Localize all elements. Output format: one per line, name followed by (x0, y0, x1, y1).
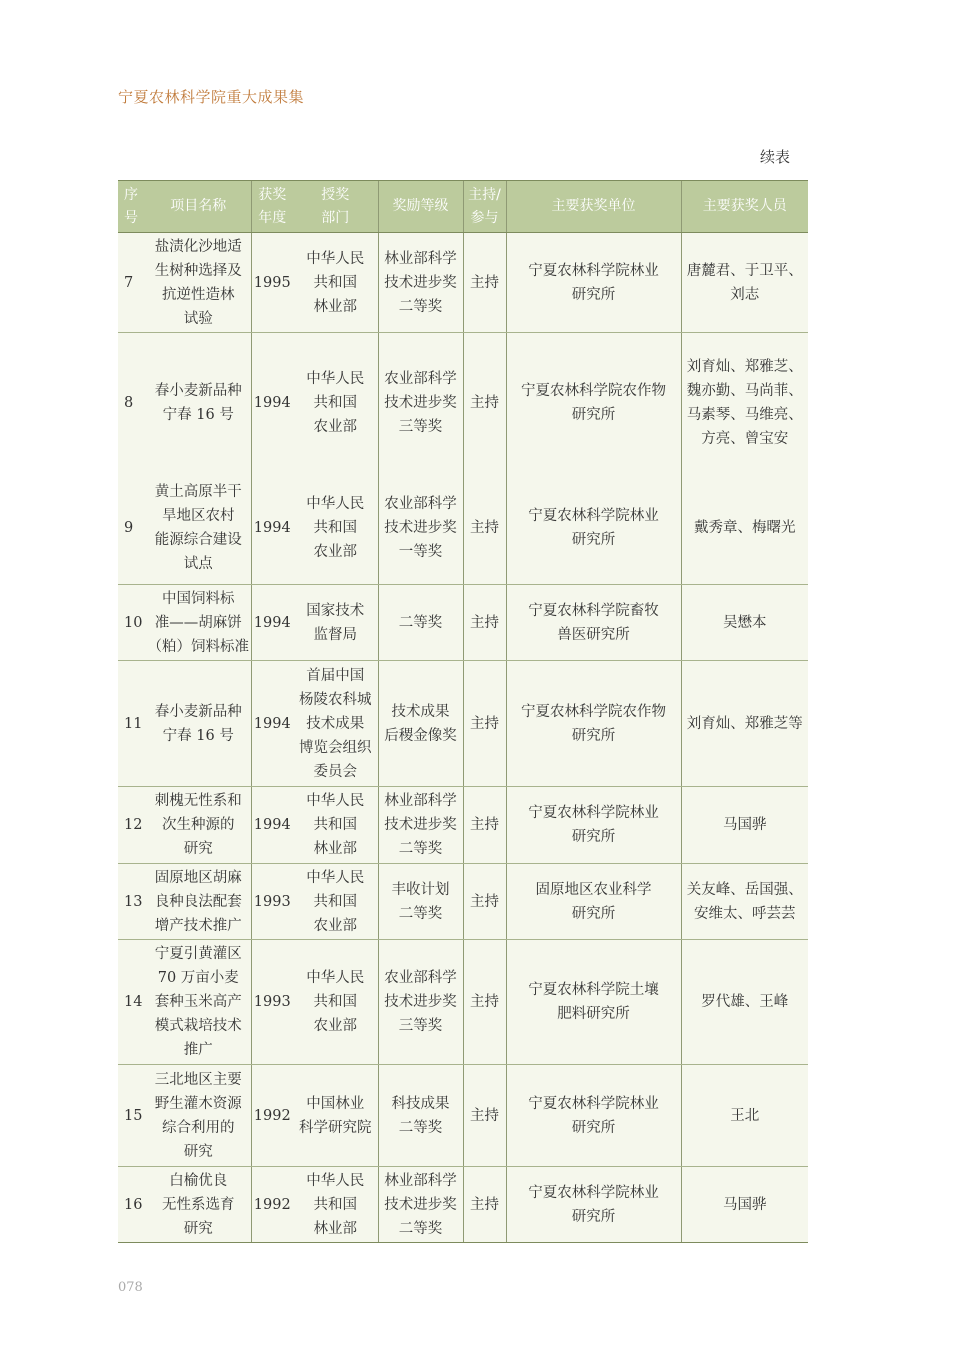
cell-role: 主持 (463, 1065, 506, 1167)
cell-role: 主持 (463, 787, 506, 864)
cell-year: 1994 (251, 787, 293, 864)
header-dept: 授奖 部门 (293, 181, 378, 233)
header-unit: 主要获奖单位 (506, 181, 681, 233)
cell-seq: 8 (118, 333, 146, 473)
cell-level: 丰收计划二等奖 (378, 864, 463, 940)
cell-seq: 15 (118, 1065, 146, 1167)
cell-dept: 中华人民共和国农业部 (293, 940, 378, 1065)
table-row: 7盐渍化沙地适生树种选择及抗逆性造林试验1995中华人民共和国林业部林业部科学技… (118, 233, 808, 333)
cell-role: 主持 (463, 940, 506, 1065)
cell-people: 马国骅 (681, 787, 808, 864)
cell-people: 戴秀章、梅曙光 (681, 473, 808, 585)
cell-role: 主持 (463, 473, 506, 585)
cell-people: 刘育灿、郑雅芝等 (681, 661, 808, 787)
cell-level: 林业部科学技术进步奖二等奖 (378, 1167, 463, 1243)
cell-unit: 宁夏农林科学院林业研究所 (506, 473, 681, 585)
cell-role: 主持 (463, 1167, 506, 1243)
cell-people: 吴懋本 (681, 585, 808, 661)
cell-unit: 宁夏农林科学院土壤肥料研究所 (506, 940, 681, 1065)
cell-unit: 固原地区农业科学研究所 (506, 864, 681, 940)
cell-year: 1994 (251, 333, 293, 473)
cell-role: 主持 (463, 661, 506, 787)
cell-name: 春小麦新品种宁春 16 号 (146, 661, 251, 787)
cell-unit: 宁夏农林科学院农作物研究所 (506, 661, 681, 787)
continued-table-label: 续表 (760, 146, 790, 167)
cell-level: 科技成果二等奖 (378, 1065, 463, 1167)
cell-dept: 中国林业科学研究院 (293, 1065, 378, 1167)
table-header-row: 序 号 项目名称 获奖 年度 授奖 部门 奖励等级 主持/ 参与 主要获奖单位 … (118, 181, 808, 233)
cell-people: 罗代雄、王峰 (681, 940, 808, 1065)
cell-seq: 13 (118, 864, 146, 940)
cell-name: 固原地区胡麻良种良法配套增产技术推广 (146, 864, 251, 940)
header-people: 主要获奖人员 (681, 181, 808, 233)
cell-level: 二等奖 (378, 585, 463, 661)
cell-year: 1994 (251, 585, 293, 661)
table-row: 15三北地区主要野生灌木资源综合利用的研究1992中国林业科学研究院科技成果二等… (118, 1065, 808, 1167)
table-row: 8春小麦新品种宁春 16 号1994中华人民共和国农业部农业部科学技术进步奖三等… (118, 333, 808, 473)
cell-dept: 中华人民共和国农业部 (293, 473, 378, 585)
cell-name: 刺槐无性系和次生种源的研究 (146, 787, 251, 864)
cell-people: 王北 (681, 1065, 808, 1167)
cell-role: 主持 (463, 585, 506, 661)
cell-people: 关友峰、岳国强、安维太、呼芸芸 (681, 864, 808, 940)
table-row: 16白榆优良无性系选育研究1992中华人民共和国林业部林业部科学技术进步奖二等奖… (118, 1167, 808, 1243)
cell-level: 农业部科学技术进步奖三等奖 (378, 940, 463, 1065)
header-level: 奖励等级 (378, 181, 463, 233)
cell-year: 1992 (251, 1167, 293, 1243)
page-number: 078 (118, 1280, 143, 1295)
cell-level: 农业部科学技术进步奖三等奖 (378, 333, 463, 473)
table-row: 12刺槐无性系和次生种源的研究1994中华人民共和国林业部林业部科学技术进步奖二… (118, 787, 808, 864)
cell-year: 1994 (251, 473, 293, 585)
cell-name: 白榆优良无性系选育研究 (146, 1167, 251, 1243)
cell-role: 主持 (463, 233, 506, 333)
cell-name: 中国饲料标准——胡麻饼（粕）饲料标准 (146, 585, 251, 661)
header-seq: 序 号 (118, 181, 146, 233)
cell-unit: 宁夏农林科学院畜牧兽医研究所 (506, 585, 681, 661)
cell-name: 春小麦新品种宁春 16 号 (146, 333, 251, 473)
cell-unit: 宁夏农林科学院林业研究所 (506, 787, 681, 864)
cell-year: 1993 (251, 864, 293, 940)
cell-year: 1992 (251, 1065, 293, 1167)
cell-dept: 首届中国杨陵农科城技术成果博览会组织委员会 (293, 661, 378, 787)
cell-role: 主持 (463, 333, 506, 473)
cell-seq: 11 (118, 661, 146, 787)
header-year: 获奖 年度 (251, 181, 293, 233)
cell-name: 三北地区主要野生灌木资源综合利用的研究 (146, 1065, 251, 1167)
cell-year: 1994 (251, 661, 293, 787)
table-row: 10中国饲料标准——胡麻饼（粕）饲料标准1994国家技术监督局二等奖主持宁夏农林… (118, 585, 808, 661)
cell-dept: 国家技术监督局 (293, 585, 378, 661)
cell-year: 1993 (251, 940, 293, 1065)
cell-seq: 7 (118, 233, 146, 333)
cell-seq: 9 (118, 473, 146, 585)
cell-level: 技术成果后稷金像奖 (378, 661, 463, 787)
table-row: 9黄土高原半干旱地区农村能源综合建设试点1994中华人民共和国农业部农业部科学技… (118, 473, 808, 585)
header-role: 主持/ 参与 (463, 181, 506, 233)
cell-seq: 14 (118, 940, 146, 1065)
cell-people: 马国骅 (681, 1167, 808, 1243)
running-title: 宁夏农林科学院重大成果集 (118, 86, 304, 107)
cell-unit: 宁夏农林科学院林业研究所 (506, 1065, 681, 1167)
cell-dept: 中华人民共和国林业部 (293, 787, 378, 864)
header-name: 项目名称 (146, 181, 251, 233)
cell-people: 唐麓君、于卫平、刘志 (681, 233, 808, 333)
cell-unit: 宁夏农林科学院林业研究所 (506, 1167, 681, 1243)
cell-dept: 中华人民共和国农业部 (293, 864, 378, 940)
cell-name: 宁夏引黄灌区70 万亩小麦套种玉米高产模式栽培技术推广 (146, 940, 251, 1065)
cell-seq: 10 (118, 585, 146, 661)
cell-name: 黄土高原半干旱地区农村能源综合建设试点 (146, 473, 251, 585)
cell-year: 1995 (251, 233, 293, 333)
cell-dept: 中华人民共和国农业部 (293, 333, 378, 473)
cell-level: 林业部科学技术进步奖二等奖 (378, 233, 463, 333)
cell-people: 刘育灿、郑雅芝、魏亦勤、马尚菲、马素琴、马维亮、方亮、曾宝安 (681, 333, 808, 473)
cell-role: 主持 (463, 864, 506, 940)
cell-level: 农业部科学技术进步奖一等奖 (378, 473, 463, 585)
cell-name: 盐渍化沙地适生树种选择及抗逆性造林试验 (146, 233, 251, 333)
cell-unit: 宁夏农林科学院林业研究所 (506, 233, 681, 333)
table-row: 11春小麦新品种宁春 16 号1994首届中国杨陵农科城技术成果博览会组织委员会… (118, 661, 808, 787)
cell-dept: 中华人民共和国林业部 (293, 233, 378, 333)
cell-seq: 12 (118, 787, 146, 864)
table-row: 13固原地区胡麻良种良法配套增产技术推广1993中华人民共和国农业部丰收计划二等… (118, 864, 808, 940)
cell-level: 林业部科学技术进步奖二等奖 (378, 787, 463, 864)
awards-table: 序 号 项目名称 获奖 年度 授奖 部门 奖励等级 主持/ 参与 主要获奖单位 … (118, 180, 808, 1243)
table-row: 14宁夏引黄灌区70 万亩小麦套种玉米高产模式栽培技术推广1993中华人民共和国… (118, 940, 808, 1065)
cell-seq: 16 (118, 1167, 146, 1243)
cell-dept: 中华人民共和国林业部 (293, 1167, 378, 1243)
cell-unit: 宁夏农林科学院农作物研究所 (506, 333, 681, 473)
